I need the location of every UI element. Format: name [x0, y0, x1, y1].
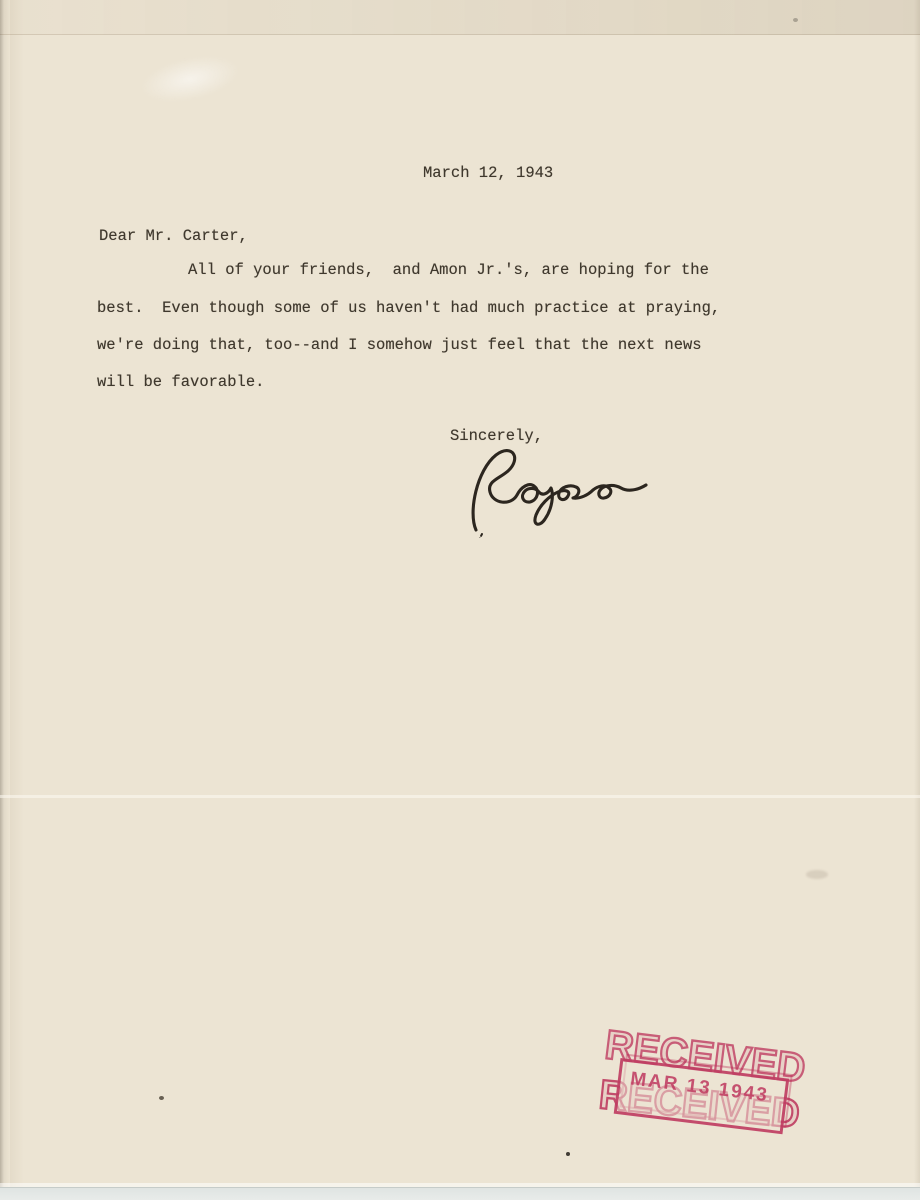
signature-stroke	[462, 446, 662, 538]
letter-salutation: Dear Mr. Carter,	[99, 226, 248, 246]
received-stamp: RECEIVED RECEIVED MAR 13 1943	[585, 1025, 815, 1174]
body-line: All of your friends, and Amon Jr.'s, are…	[188, 260, 709, 280]
paper-right-edge-shadow	[914, 0, 920, 1200]
paper-horizontal-crease	[0, 795, 920, 798]
body-line: we're doing that, too--and I somehow jus…	[97, 335, 702, 355]
paper-speck	[793, 18, 798, 22]
letter-date: March 12, 1943	[423, 163, 553, 183]
paper-top-edge-shadow	[0, 0, 920, 35]
paper-speck	[566, 1152, 570, 1156]
letter-closing: Sincerely,	[450, 426, 543, 446]
paper-blemish	[137, 48, 244, 110]
body-line: best. Even though some of us haven't had…	[97, 298, 720, 318]
scanned-letter-page: March 12, 1943 Dear Mr. Carter, All of y…	[0, 0, 920, 1200]
paper-smudge	[806, 870, 828, 879]
paper-left-crease	[10, 0, 24, 1200]
paper-speck	[159, 1096, 164, 1100]
handwritten-signature: Boyce	[462, 446, 662, 538]
paper-left-edge-shadow	[0, 0, 10, 1200]
scan-background-strip	[0, 1187, 920, 1200]
body-line: will be favorable.	[97, 372, 264, 392]
